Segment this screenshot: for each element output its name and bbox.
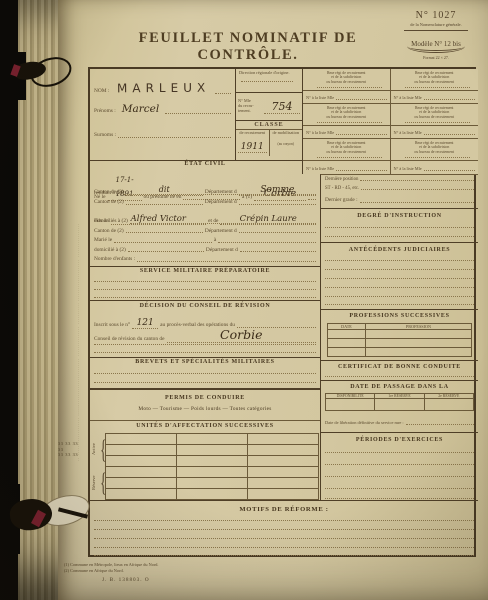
document-page: FEUILLET NOMINATIF DE CONTRÔLE. N° 1027 … <box>58 0 488 600</box>
footnote-2: (2) Commune en Afrique du Nord. <box>64 568 159 574</box>
nomenclature-caption: de la Nomenclature générale. <box>388 22 484 27</box>
regiment-cell: Rme régt de recrutement et de la subdivi… <box>303 69 390 91</box>
dotted-line <box>405 155 471 158</box>
blank-line <box>325 487 474 489</box>
nomenclature-number: N° 1027 <box>388 10 484 21</box>
permis-section: PERMIS DE CONDUIRE Moto — Tourisme — Poi… <box>90 390 320 421</box>
scanned-document-photo: FEUILLET NOMINATIF DE CONTRÔLE. N° 1027 … <box>0 0 488 600</box>
blank-line <box>94 288 316 290</box>
format-note: Format 22 × 27. <box>388 55 484 60</box>
blank-line <box>325 226 474 228</box>
blank-line <box>94 372 316 374</box>
blank-line <box>325 303 474 305</box>
col-header-profession: PROFESSION <box>366 324 471 329</box>
blank-line <box>94 381 316 383</box>
classe-mobilisation-label: de mobilisation <box>270 131 303 136</box>
row-group-labels: Active { Réserve { <box>90 433 105 500</box>
col-header-date: DATE <box>328 324 366 329</box>
blank-line <box>325 463 474 465</box>
page-title: FEUILLET NOMINATIF DE CONTRÔLE. <box>98 30 398 64</box>
divider <box>321 309 478 310</box>
antecedents-title: ANTÉCÉDENTS JUDICIAIRES <box>321 247 478 253</box>
dotted-line <box>405 120 471 123</box>
liberation-label: Date de libération définitive du service… <box>325 421 404 426</box>
etat-civil-title: ÉTAT CIVIL <box>90 161 320 167</box>
classe-mobilisation-note: (au crayon) <box>270 142 303 146</box>
blank-line <box>325 235 474 237</box>
col-header-1re-reserve: 1re RÉSERVE <box>375 394 424 398</box>
blank-line <box>325 497 474 499</box>
direction-label: Direction régionale d'origine. <box>239 71 299 76</box>
divider <box>404 30 468 31</box>
classe-title: CLASSE <box>236 121 302 128</box>
unites-section: UNITÉS D'AFFECTATION SUCCESSIVES Active … <box>90 421 320 500</box>
regiment-cell: Rme régt de recrutement et de la subdivi… <box>391 139 479 161</box>
liste-cell: N° à la liste Mle <box>391 161 479 174</box>
classe-recrutement-cell: de recrutement 1911 <box>236 130 270 156</box>
liste-cell: N° à la liste Mle <box>303 91 390 104</box>
classe-mobilisation-cell: de mobilisation (au crayon) <box>270 130 303 156</box>
matricule-handwritten: 754 <box>272 100 293 113</box>
liste-cell: N° à la liste Mle <box>303 126 390 139</box>
regiment-cell: Rme régt de recrutement et de la subdivi… <box>303 139 390 161</box>
divider <box>321 208 478 209</box>
classe-box: CLASSE de recrutement 1911 de mobilisati… <box>236 121 302 159</box>
permis-categories: Moto — Tourisme — Poids lourds — Toutes … <box>90 406 320 412</box>
brevets-title: BREVETS ET SPÉCIALITÉS MILITAIRES <box>90 359 320 365</box>
smp-title: SERVICE MILITAIRE PRÉPARATOIRE <box>90 268 320 274</box>
dotted-line <box>215 92 231 94</box>
blank-line <box>94 546 474 548</box>
motifs-title: MOTIFS DE RÉFORME : <box>90 506 478 513</box>
periodes-title: PÉRIODES D'EXERCICES <box>321 437 478 443</box>
certificat-title: CERTIFICAT DE BONNE CONDUITE <box>321 364 478 370</box>
conseil-lieu-handwritten: Corbie <box>220 327 262 342</box>
motifs-section: MOTIFS DE RÉFORME : <box>90 500 478 557</box>
unites-title: UNITÉS D'AFFECTATION SUCCESSIVES <box>90 423 320 429</box>
inscription-number-handwritten: 121 <box>137 318 154 328</box>
professions-title: PROFESSIONS SUCCESSIVES <box>321 313 478 319</box>
reserve-label: Réserve <box>91 466 99 499</box>
passage-title: DATE DE PASSAGE DANS LA <box>321 384 478 390</box>
direction-box: Direction régionale d'origine. <box>236 69 302 93</box>
blank-line <box>94 554 474 556</box>
margin-vertical-note: ·· ··················· ·················… <box>77 146 83 461</box>
liste-cell: N° à la liste Mle <box>391 91 479 104</box>
dotted-line <box>317 155 382 158</box>
printer-mark: J. B. 138803. O <box>102 577 150 583</box>
active-label: Active <box>91 433 99 466</box>
liste-cell: N° à la liste Mle <box>391 126 479 139</box>
classe-recrutement-handwritten: 1911 <box>238 142 267 153</box>
unites-table <box>105 433 319 500</box>
divider <box>321 242 478 243</box>
dotted-line <box>165 112 231 114</box>
blank-line <box>325 475 474 477</box>
blank-line <box>94 537 474 539</box>
regiment-cell: Rme régt de recrutement et de la subdivi… <box>303 104 390 126</box>
permis-title: PERMIS DE CONDUIRE <box>90 395 320 401</box>
conseil-title: DÉCISION DU CONSEIL DE RÉVISION <box>90 303 320 309</box>
matricule-box: N° Mle du recru- tement. 754 <box>236 93 302 121</box>
blank-line <box>94 280 316 282</box>
recruitment-grid-col2: Rme régt de recrutement et de la subdivi… <box>391 69 479 174</box>
table-cell <box>106 434 177 445</box>
divider <box>321 360 478 361</box>
margin-numbers: 33 33 33 33 33 33 33 <box>58 441 84 458</box>
identity-block: NOM : MARLEUX Prénoms : Marcel Surnoms : <box>90 69 235 160</box>
col-header-disponibilite: DISPONIBILITÉ <box>326 394 375 398</box>
etat-civil-section: ÉTAT CIVIL Né le 17-1-1891 ou présumé né… <box>90 160 320 267</box>
blank-line <box>94 343 316 345</box>
blank-line <box>325 259 474 261</box>
model-number: Modèle N° 12 bis <box>407 40 465 53</box>
blank-line <box>325 295 474 297</box>
reference-block: N° 1027 de la Nomenclature générale. Mod… <box>388 10 484 60</box>
brace-glyph: { <box>100 466 106 499</box>
recruitment-grid: Rme régt de recrutement et de la subdivi… <box>302 69 478 174</box>
blank-line <box>94 351 316 353</box>
divider <box>321 432 478 433</box>
prenoms-label: Prénoms : <box>94 109 116 115</box>
admin-boxes: Direction régionale d'origine. N° Mle du… <box>235 69 302 160</box>
nom-handwritten: MARLEUX <box>117 81 210 96</box>
control-sheet-form: NOM : MARLEUX Prénoms : Marcel Surnoms : <box>88 67 476 557</box>
divider <box>321 380 478 381</box>
blank-line <box>94 528 474 530</box>
blank-line <box>325 268 474 270</box>
dotted-line <box>405 85 471 88</box>
regiment-cell: Rme régt de recrutement et de la subdivi… <box>391 69 479 91</box>
nom-label: NOM : <box>94 89 109 95</box>
recruitment-grid-col1: Rme régt de recrutement et de la subdivi… <box>303 69 391 174</box>
dotted-line <box>241 79 293 82</box>
dotted-line <box>317 120 382 123</box>
blank-line <box>325 286 474 288</box>
classe-recrutement-label: de recrutement <box>236 131 269 136</box>
professions-table: DATE PROFESSION <box>327 323 472 357</box>
col-header-2e-reserve: 2e RÉSERVE <box>425 394 473 398</box>
blank-line <box>325 451 474 453</box>
surnoms-label: Surnoms : <box>94 133 116 139</box>
conseil-revision-section: DÉCISION DU CONSEIL DE RÉVISION Inscrit … <box>90 301 320 358</box>
blank-line <box>325 277 474 279</box>
footnotes: (1) Commune en Métropole, lieux en Afriq… <box>64 562 159 575</box>
blank-line <box>94 519 474 521</box>
right-column: Dernière position ST - RD - 45, etc. Der… <box>320 174 478 500</box>
dotted-line <box>118 136 231 138</box>
prenoms-handwritten: Marcel <box>122 103 159 115</box>
brevets-section: BREVETS ET SPÉCIALITÉS MILITAIRES <box>90 358 320 390</box>
blank-line <box>94 296 316 298</box>
regiment-cell: Rme régt de recrutement et de la subdivi… <box>391 104 479 126</box>
blank-line <box>325 375 474 377</box>
passage-table: DISPONIBILITÉ 1re RÉSERVE 2e RÉSERVE <box>325 393 474 411</box>
dotted-line <box>317 85 382 88</box>
brace-glyph: { <box>100 433 106 466</box>
service-preparatoire-section: SERVICE MILITAIRE PRÉPARATOIRE <box>90 267 320 301</box>
degre-title: DEGRÉ D'INSTRUCTION <box>321 213 478 219</box>
